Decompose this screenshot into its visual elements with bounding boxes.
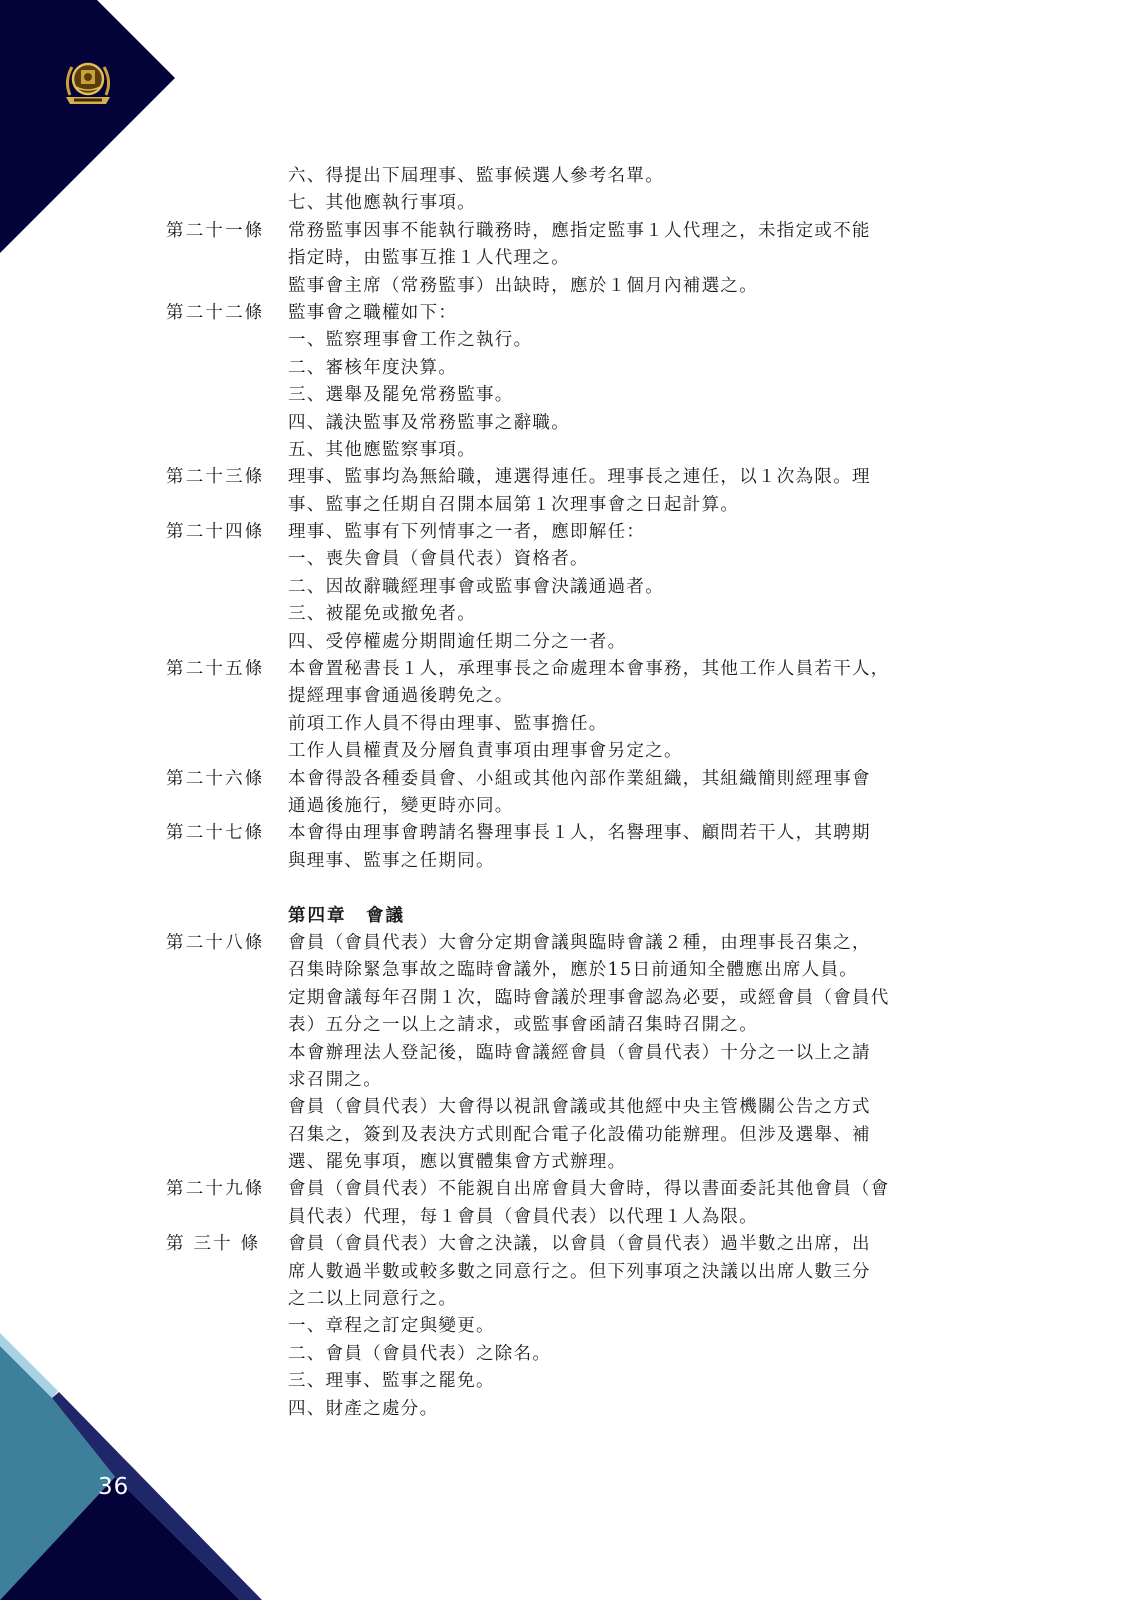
article-line: 通過後施行，變更時亦同。 xyxy=(0,793,1140,820)
article-text: 四、議決監事及常務監事之辭職。 xyxy=(288,410,570,437)
article-line: 四、財產之處分。 xyxy=(0,1396,1140,1423)
article-line: 之二以上同意行之。 xyxy=(0,1286,1140,1313)
article-text: 通過後施行，變更時亦同。 xyxy=(288,793,514,820)
article-text: 之二以上同意行之。 xyxy=(288,1286,457,1313)
article-line: 第二十二條監事會之職權如下： xyxy=(0,300,1140,327)
article-line: 一、監察理事會工作之執行。 xyxy=(0,327,1140,354)
article-line: 求召開之。 xyxy=(0,1067,1140,1094)
article-line: 表）五分之一以上之請求，或監事會函請召集時召開之。 xyxy=(0,1012,1140,1039)
article-text: 四、受停權處分期間逾任期二分之一者。 xyxy=(288,629,626,656)
article-text: 選、罷免事項，應以實體集會方式辦理。 xyxy=(288,1149,626,1176)
article-line: 第二十四條理事、監事有下列情事之一者，應即解任： xyxy=(0,519,1140,546)
article-line: 第二十五條本會置秘書長１人，承理事長之命處理本會事務，其他工作人員若干人， xyxy=(0,656,1140,683)
article-line: 監事會主席（常務監事）出缺時，應於１個月內補選之。 xyxy=(0,273,1140,300)
article-text: 三、理事、監事之罷免。 xyxy=(288,1368,495,1395)
article-line: 本會辦理法人登記後，臨時會議經會員（會員代表）十分之一以上之請 xyxy=(0,1040,1140,1067)
article-text: 常務監事因事不能執行職務時，應指定監事１人代理之，未指定或不能 xyxy=(288,218,871,245)
article-line: 指定時，由監事互推１人代理之。 xyxy=(0,245,1140,272)
article-label: 第二十三條 xyxy=(166,464,265,491)
article-label: 第二十九條 xyxy=(166,1176,265,1203)
article-text: 一、喪失會員（會員代表）資格者。 xyxy=(288,546,589,573)
article-text: 二、會員（會員代表）之除名。 xyxy=(288,1341,551,1368)
article-line: 席人數過半數或較多數之同意行之。但下列事項之決議以出席人數三分 xyxy=(0,1259,1140,1286)
article-line: 四、議決監事及常務監事之辭職。 xyxy=(0,410,1140,437)
article-line: 提經理事會通過後聘免之。 xyxy=(0,683,1140,710)
article-text: 六、得提出下屆理事、監事候選人參考名單。 xyxy=(288,163,664,190)
article-line: 第二十七條本會得由理事會聘請名譽理事長１人，名譽理事、顧問若干人，其聘期 xyxy=(0,820,1140,847)
article-text: 三、被罷免或撤免者。 xyxy=(288,601,476,628)
article-line: 一、喪失會員（會員代表）資格者。 xyxy=(0,546,1140,573)
article-line: 與理事、監事之任期同。 xyxy=(0,848,1140,875)
article-line: 一、章程之訂定與變更。 xyxy=(0,1313,1140,1340)
article-text: 四、財產之處分。 xyxy=(288,1396,438,1423)
article-text: 會員（會員代表）大會分定期會議與臨時會議２種，由理事長召集之， xyxy=(288,930,871,957)
article-text: 二、審核年度決算。 xyxy=(288,355,457,382)
association-emblem-icon xyxy=(62,57,114,109)
article-line: 第二十一條常務監事因事不能執行職務時，應指定監事１人代理之，未指定或不能 xyxy=(0,218,1140,245)
article-text: 提經理事會通過後聘免之。 xyxy=(288,683,514,710)
article-label: 第 三十 條 xyxy=(166,1231,260,1258)
article-text: 席人數過半數或較多數之同意行之。但下列事項之決議以出席人數三分 xyxy=(288,1259,871,1286)
article-text: 五、其他應監察事項。 xyxy=(288,437,476,464)
article-label: 第二十五條 xyxy=(166,656,265,683)
article-text: 本會辦理法人登記後，臨時會議經會員（會員代表）十分之一以上之請 xyxy=(288,1040,871,1067)
article-text: 一、章程之訂定與變更。 xyxy=(288,1313,495,1340)
article-text: 本會得由理事會聘請名譽理事長１人，名譽理事、顧問若干人，其聘期 xyxy=(288,820,871,847)
article-line: 召集時除緊急事故之臨時會議外，應於15日前通知全體應出席人員。 xyxy=(0,957,1140,984)
article-text: 表）五分之一以上之請求，或監事會函請召集時召開之。 xyxy=(288,1012,758,1039)
article-line: 事、監事之任期自召開本屆第１次理事會之日起計算。 xyxy=(0,492,1140,519)
article-text: 指定時，由監事互推１人代理之。 xyxy=(288,245,570,272)
article-line: 三、被罷免或撤免者。 xyxy=(0,601,1140,628)
article-label: 第二十七條 xyxy=(166,820,265,847)
article-text: 召集之，簽到及表決方式則配合電子化設備功能辦理。但涉及選舉、補 xyxy=(288,1122,871,1149)
article-text: 會員（會員代表）不能親自出席會員大會時，得以書面委託其他會員（會 xyxy=(288,1176,890,1203)
article-line: 五、其他應監察事項。 xyxy=(0,437,1140,464)
article-text: 本會置秘書長１人，承理事長之命處理本會事務，其他工作人員若干人， xyxy=(288,656,890,683)
page-number: 36 xyxy=(98,1474,138,1500)
chapter-heading-line: 第四章 會議 xyxy=(0,903,1140,930)
article-text: 召集時除緊急事故之臨時會議外，應於15日前通知全體應出席人員。 xyxy=(288,957,858,984)
article-text: 定期會議每年召開１次，臨時會議於理事會認為必要，或經會員（會員代 xyxy=(288,985,890,1012)
article-line: 會員（會員代表）大會得以視訊會議或其他經中央主管機關公告之方式 xyxy=(0,1094,1140,1121)
article-text: 與理事、監事之任期同。 xyxy=(288,848,495,875)
article-label: 第二十四條 xyxy=(166,519,265,546)
article-line: 第二十九條會員（會員代表）不能親自出席會員大會時，得以書面委託其他會員（會 xyxy=(0,1176,1140,1203)
article-text: 七、其他應執行事項。 xyxy=(288,190,476,217)
article-line: 二、因故辭職經理事會或監事會決議通過者。 xyxy=(0,574,1140,601)
article-line: 工作人員權責及分層負責事項由理事會另定之。 xyxy=(0,738,1140,765)
article-text: 會員（會員代表）大會得以視訊會議或其他經中央主管機關公告之方式 xyxy=(288,1094,871,1121)
article-text: 本會得設各種委員會、小組或其他內部作業組織，其組織簡則經理事會 xyxy=(288,766,871,793)
section-spacer xyxy=(0,875,1140,902)
article-line: 選、罷免事項，應以實體集會方式辦理。 xyxy=(0,1149,1140,1176)
article-text: 事、監事之任期自召開本屆第１次理事會之日起計算。 xyxy=(288,492,739,519)
article-text: 一、監察理事會工作之執行。 xyxy=(288,327,532,354)
article-line: 二、會員（會員代表）之除名。 xyxy=(0,1341,1140,1368)
article-text: 求召開之。 xyxy=(288,1067,382,1094)
article-line: 第二十三條理事、監事均為無給職，連選得連任。理事長之連任，以１次為限。理 xyxy=(0,464,1140,491)
article-text: 前項工作人員不得由理事、監事擔任。 xyxy=(288,711,608,738)
article-text: 三、選舉及罷免常務監事。 xyxy=(288,382,514,409)
navy-diagonal-band xyxy=(52,1392,262,1600)
article-text: 監事會主席（常務監事）出缺時，應於１個月內補選之。 xyxy=(288,273,758,300)
article-line: 定期會議每年召開１次，臨時會議於理事會認為必要，或經會員（會員代 xyxy=(0,985,1140,1012)
article-line: 第二十六條本會得設各種委員會、小組或其他內部作業組織，其組織簡則經理事會 xyxy=(0,766,1140,793)
article-line: 二、審核年度決算。 xyxy=(0,355,1140,382)
article-line: 第二十八條會員（會員代表）大會分定期會議與臨時會議２種，由理事長召集之， xyxy=(0,930,1140,957)
article-text: 員代表）代理，每１會員（會員代表）以代理１人為限。 xyxy=(288,1204,758,1231)
article-line: 前項工作人員不得由理事、監事擔任。 xyxy=(0,711,1140,738)
chapter-heading: 第四章 會議 xyxy=(288,903,405,930)
article-text: 理事、監事均為無給職，連選得連任。理事長之連任，以１次為限。理 xyxy=(288,464,871,491)
article-text: 工作人員權責及分層負責事項由理事會另定之。 xyxy=(288,738,683,765)
article-label: 第二十二條 xyxy=(166,300,265,327)
article-label: 第二十一條 xyxy=(166,218,265,245)
article-text: 會員（會員代表）大會之決議，以會員（會員代表）過半數之出席，出 xyxy=(288,1231,871,1258)
article-line: 員代表）代理，每１會員（會員代表）以代理１人為限。 xyxy=(0,1204,1140,1231)
article-text: 監事會之職權如下： xyxy=(288,300,457,327)
article-label: 第二十八條 xyxy=(166,930,265,957)
article-line: 六、得提出下屆理事、監事候選人參考名單。 xyxy=(0,163,1140,190)
article-text: 二、因故辭職經理事會或監事會決議通過者。 xyxy=(288,574,664,601)
article-line: 三、選舉及罷免常務監事。 xyxy=(0,382,1140,409)
document-body: 六、得提出下屆理事、監事候選人參考名單。 七、其他應執行事項。 第二十一條常務監… xyxy=(0,163,1140,1423)
article-label: 第二十六條 xyxy=(166,766,265,793)
article-line: 召集之，簽到及表決方式則配合電子化設備功能辦理。但涉及選舉、補 xyxy=(0,1122,1140,1149)
article-line: 第 三十 條會員（會員代表）大會之決議，以會員（會員代表）過半數之出席，出 xyxy=(0,1231,1140,1258)
article-text: 理事、監事有下列情事之一者，應即解任： xyxy=(288,519,645,546)
article-line: 三、理事、監事之罷免。 xyxy=(0,1368,1140,1395)
article-line: 七、其他應執行事項。 xyxy=(0,190,1140,217)
article-line: 四、受停權處分期間逾任期二分之一者。 xyxy=(0,629,1140,656)
